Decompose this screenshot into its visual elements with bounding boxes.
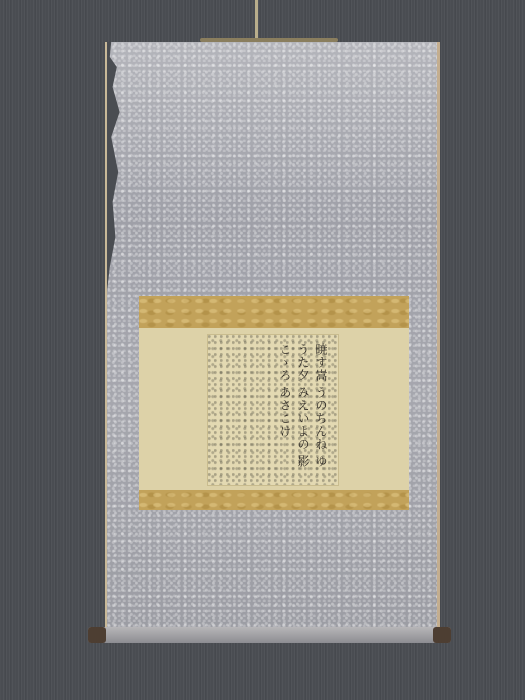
hanging-scroll: 暁す嵩 うのちんね ゆうた夕 みえいよの 影こゝろ あさこけ <box>105 42 440 632</box>
roller-end-left <box>88 627 106 643</box>
calligraphy-text: 暁す嵩 うのちんね ゆうた夕 みえいよの 影こゝろ あさこけ <box>276 343 330 479</box>
hanging-cord <box>255 0 258 38</box>
roller-end-right <box>433 627 451 643</box>
bottom-roller <box>88 627 451 643</box>
inner-silk-mount: 暁す嵩 うのちんね ゆうた夕 みえいよの 影こゝろ あさこけ <box>139 328 409 490</box>
brocade-upper-band <box>139 296 409 328</box>
brocade-lower-band <box>139 490 409 510</box>
calligraphy-sheet: 暁す嵩 うのちんね ゆうた夕 みえいよの 影こゝろ あさこけ <box>207 334 339 486</box>
artwork-panel: 暁す嵩 うのちんね ゆうた夕 みえいよの 影こゝろ あさこけ <box>139 296 409 510</box>
